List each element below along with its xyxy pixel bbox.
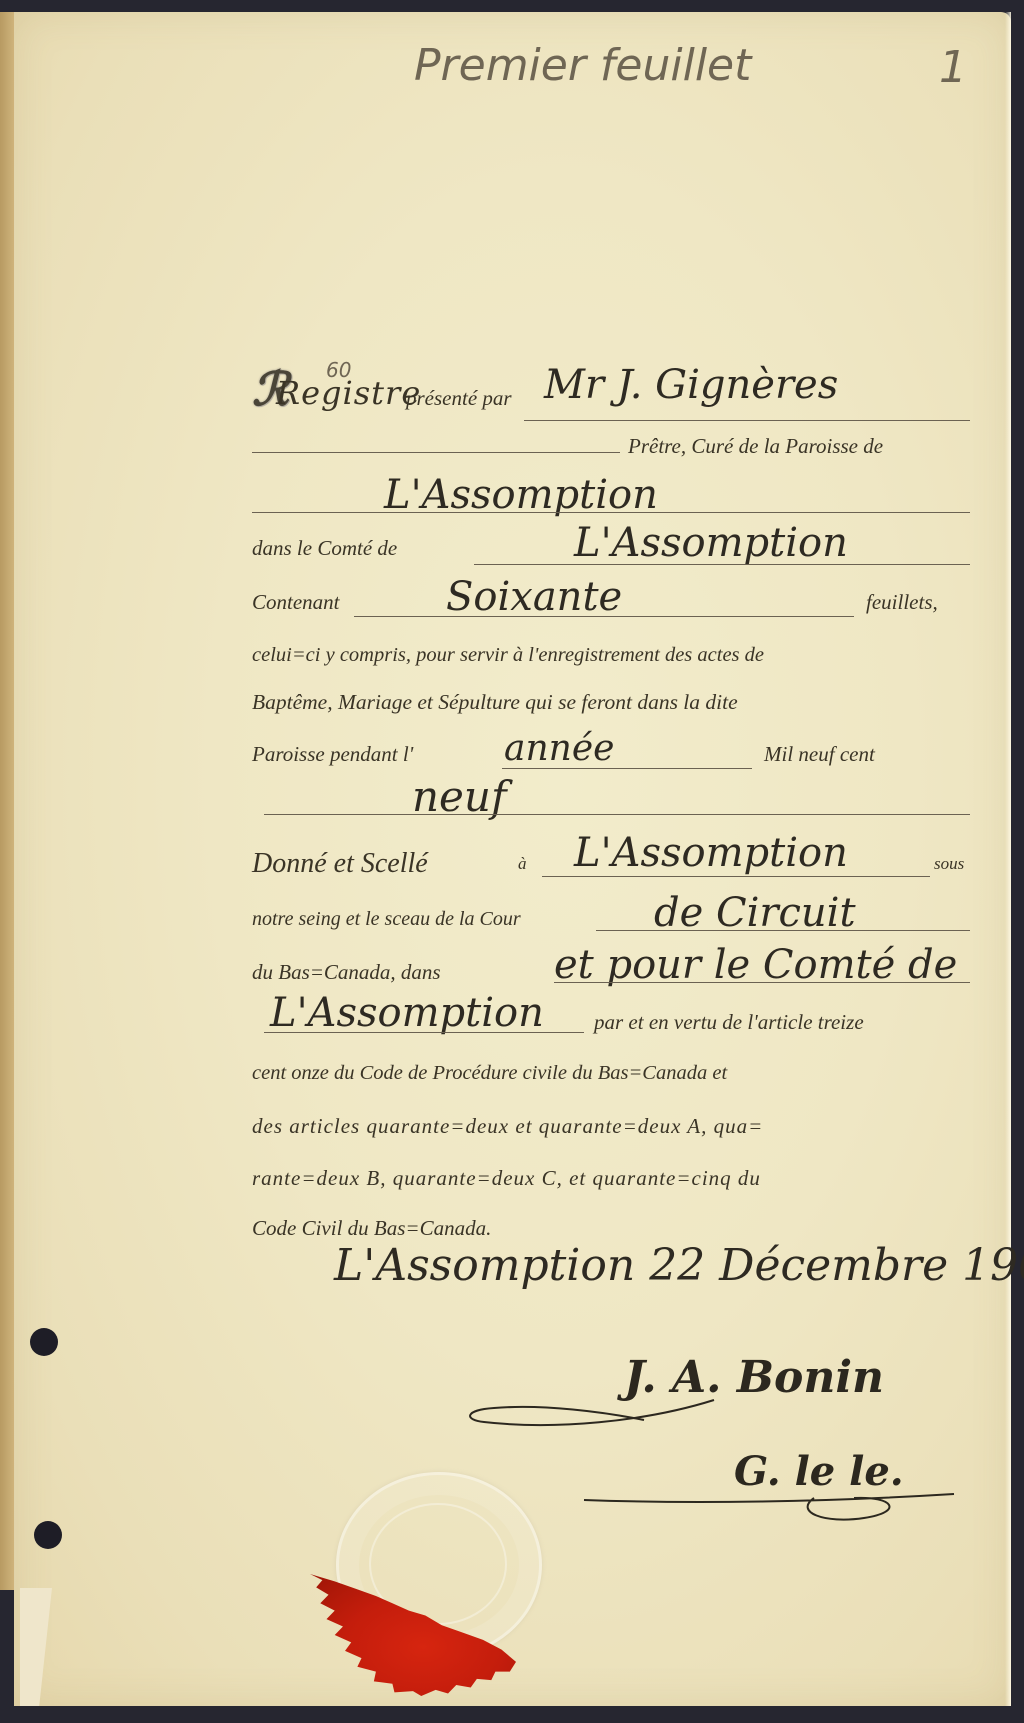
signature-flourish-icon [574,1482,974,1532]
print-paroisse-pendant: Paroisse pendant l' [252,742,413,767]
print-du-bas-canada-dans: du Bas=Canada, dans [252,960,441,985]
print-sous: sous [934,854,964,874]
print-presente-par: présenté par [406,386,512,411]
heading-registre: Registre [276,374,421,412]
fill-line [354,616,854,617]
page-edge [1005,12,1011,1706]
print-line-17: Code Civil du Bas=Canada. [252,1216,491,1241]
print-notre-seing: notre seing et le sceau de la Cour [252,908,521,931]
hand-annee: année [504,728,614,769]
fill-line [252,452,620,453]
folio-number: 1 [939,42,967,93]
hand-county-name: L'Assomption [574,520,848,566]
print-contenant: Contenant [252,590,340,615]
fill-line [596,930,970,931]
fill-line [264,814,970,815]
fill-line [554,982,970,983]
fill-line [474,564,970,565]
hand-priest-name: Mr J. Gignères [544,362,838,408]
fill-line [264,1032,584,1033]
print-line-7: Baptême, Mariage et Sépulture qui se fer… [252,690,738,715]
hand-leaf-count: Soixante [446,574,622,620]
fill-line [542,876,930,877]
fill-line [502,768,752,769]
print-pretre-cure: Prêtre, Curé de la Paroisse de [628,434,883,459]
signature-flourish-icon [464,1392,724,1432]
fill-line [524,420,970,421]
print-mil-neuf-cent: Mil neuf cent [764,742,875,767]
register-page: Premier feuillet 1 60 ℛ Registre présent… [14,12,1011,1706]
print-feuillets: feuillets, [866,590,938,615]
print-donne-et-scelle: Donné et Scellé [252,848,428,880]
print-line-14: cent onze du Code de Procédure civile du… [252,1062,727,1085]
hand-county-repeat: L'Assomption [270,990,544,1036]
print-dans-le-comte: dans le Comté de [252,536,397,561]
print-line-16: rante=deux B, quarante=deux C, et quaran… [252,1166,761,1191]
print-line-15: des articles quarante=deux et quarante=d… [252,1114,763,1139]
document-scan: Premier feuillet 1 60 ℛ Registre présent… [0,0,1024,1723]
pencil-note-premier-feuillet: Premier feuillet [414,40,751,91]
binder-hole-icon [34,1521,62,1549]
binder-hole-icon [30,1328,58,1356]
print-a: à [518,854,527,874]
print-par-et-en-vertu: par et en vertu de l'article treize [594,1010,864,1035]
hand-given-place: L'Assomption [574,830,848,876]
print-line-6: celui=ci y compris, pour servir à l'enre… [252,644,764,667]
hand-dateline: L'Assomption 22 Décembre 1908 [334,1240,1024,1291]
fill-line [252,512,970,513]
